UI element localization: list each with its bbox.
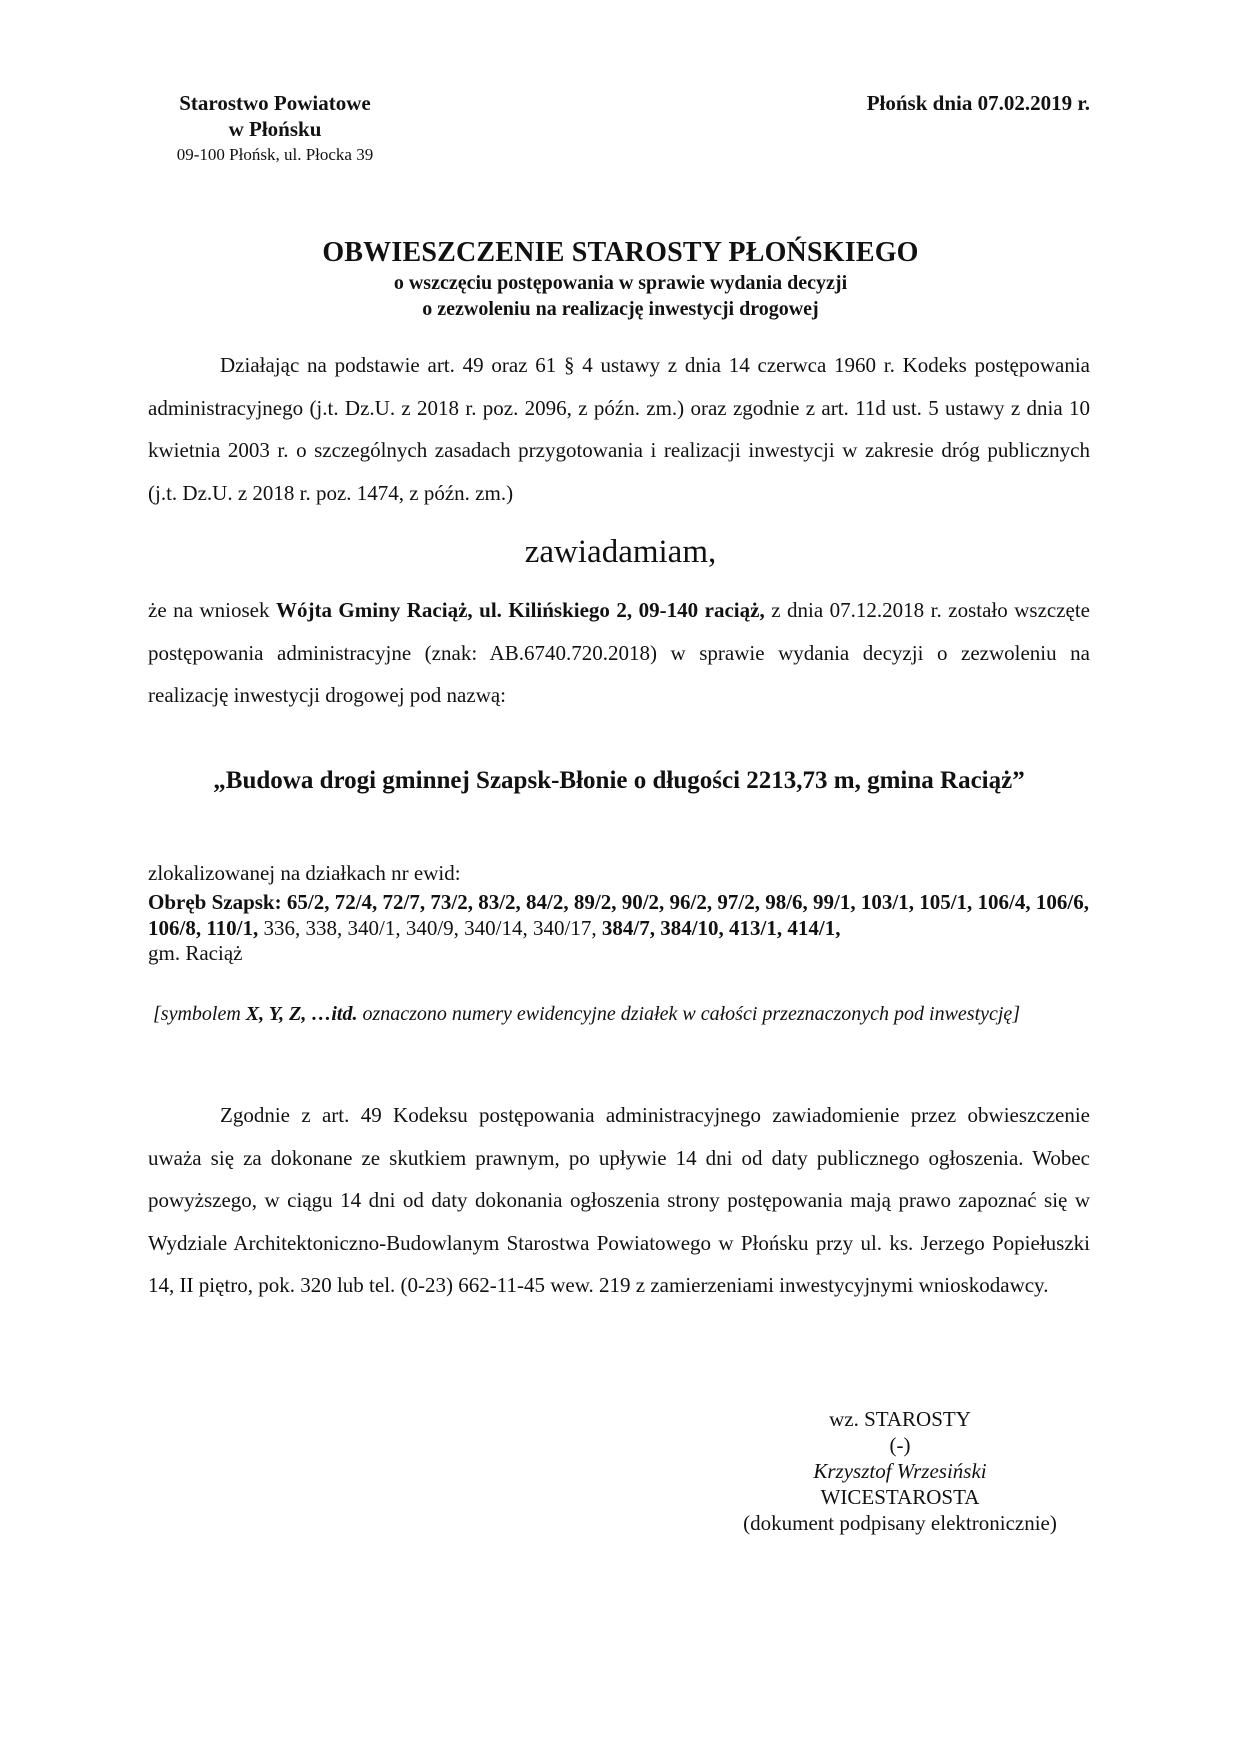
- sender-block: Starostwo Powiatowe w Płońsku 09-100 Pło…: [130, 90, 420, 168]
- electronic-signature-note: (dokument podpisany elektronicznie): [700, 1510, 1100, 1536]
- document-title: OBWIESZCZENIE STAROSTY PŁOŃSKIEGO: [0, 236, 1241, 270]
- signatory-position: WICESTAROSTA: [700, 1484, 1100, 1510]
- signatory-name: Krzysztof Wrzesiński: [700, 1458, 1100, 1484]
- note-suffix: oznaczono numery ewidencyjne działek w c…: [357, 1003, 1020, 1025]
- sender-city: w Płońsku: [130, 116, 420, 142]
- sender-address: 09-100 Płońsk, ul. Płocka 39: [130, 142, 420, 168]
- signature-on-behalf: wz. STAROSTY: [700, 1406, 1100, 1432]
- place-date: Płońsk dnia 07.02.2019 r.: [760, 90, 1090, 116]
- precinct-label: Obręb Szapsk:: [148, 890, 282, 914]
- information-text: Zgodnie z art. 49 Kodeksu postępowania a…: [148, 1103, 1090, 1297]
- sender-name: Starostwo Powiatowe: [130, 90, 420, 116]
- location-intro: zlokalizowanej na działkach nr ewid:: [148, 861, 1090, 886]
- title-block: OBWIESZCZENIE STAROSTY PŁOŃSKIEGO o wszc…: [0, 236, 1241, 322]
- request-prefix: że na wniosek: [148, 598, 276, 622]
- plots-regular: 336, 338, 340/1, 340/9, 340/14, 340/17,: [264, 916, 597, 940]
- notify-heading: zawiadamiam,: [0, 532, 1241, 572]
- legal-basis-paragraph: Działając na podstawie art. 49 oraz 61 §…: [148, 344, 1090, 514]
- request-paragraph: że na wniosek Wójta Gminy Raciąż, ul. Ki…: [148, 589, 1090, 717]
- applicant: Wójta Gminy Raciąż, ul. Kilińskiego 2, 0…: [276, 598, 765, 622]
- signature-block: wz. STAROSTY (-) Krzysztof Wrzesiński WI…: [700, 1406, 1100, 1536]
- note-symbols: X, Y, Z, …itd.: [246, 1003, 358, 1025]
- note-prefix: [symbolem: [153, 1003, 246, 1025]
- legal-basis-text: Działając na podstawie art. 49 oraz 61 §…: [148, 353, 1090, 505]
- plot-list: Obręb Szapsk: 65/2, 72/4, 72/7, 73/2, 83…: [148, 890, 1090, 967]
- plots-bold-2: 384/7, 384/10, 413/1, 414/1,: [602, 916, 841, 940]
- document-subtitle-1: o wszczęciu postępowania w sprawie wydan…: [0, 270, 1241, 296]
- symbol-note: [symbolem X, Y, Z, …itd. oznaczono numer…: [148, 1002, 1090, 1027]
- signature-mark: (-): [700, 1432, 1100, 1458]
- document-subtitle-2: o zezwoleniu na realizację inwestycji dr…: [0, 296, 1241, 322]
- project-name: „Budowa drogi gminnej Szapsk-Błonie o dł…: [148, 758, 1090, 803]
- information-paragraph: Zgodnie z art. 49 Kodeksu postępowania a…: [148, 1094, 1090, 1307]
- municipality: gm. Raciąż: [148, 941, 242, 965]
